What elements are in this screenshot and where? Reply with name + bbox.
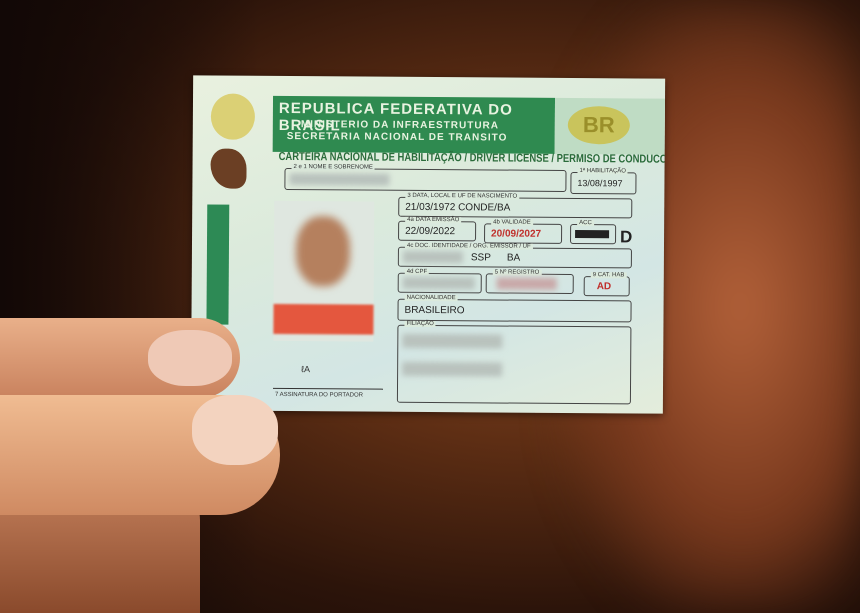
side-strip	[206, 204, 229, 324]
redacted-name	[289, 173, 389, 186]
redacted-cpf	[403, 277, 475, 290]
redacted-acc	[575, 230, 609, 238]
fingernail	[192, 395, 278, 465]
field-nationality: NACIONALIDADE BRASILEIRO	[397, 299, 631, 323]
drivers-license-card: REPUBLICA FEDERATIVA DO BRASIL MINISTERI…	[191, 75, 665, 413]
coat-of-arms-icon	[211, 93, 255, 139]
redacted-parent-2	[402, 362, 502, 377]
field-acc: ACC	[570, 224, 616, 244]
field-identity-doc: 4c DOC. IDENTIDADE / ORG. EMISSOR / UF S…	[398, 247, 632, 269]
field-cpf: 4d CPF	[398, 273, 482, 294]
ministry: MINISTERIO DA INFRAESTRUTURA	[301, 119, 499, 131]
field-name: 2 e 1 NOME E SOBRENOME	[284, 168, 566, 192]
signature-label: 7 ASSINATURA DO PORTADOR	[275, 392, 363, 399]
country-code: BR	[568, 106, 630, 144]
header-banner: REPUBLICA FEDERATIVA DO BRASIL MINISTERI…	[273, 96, 555, 154]
acc-category: D	[620, 227, 632, 247]
brazil-map-icon	[210, 148, 246, 188]
field-parents: FILIAÇÃO	[397, 325, 632, 405]
field-registration: 5 Nº REGISTRO	[486, 273, 574, 294]
field-birth: 3 DATA, LOCAL E UF DE NASCIMENTO 21/03/1…	[398, 197, 632, 219]
field-category: 9 CAT. HAB AD	[584, 276, 630, 296]
field-first-license: 1ª HABILITAÇÃO 13/08/1997	[570, 172, 636, 194]
redacted-id	[403, 251, 463, 263]
redacted-registration	[497, 277, 557, 289]
field-issue-date: 4a DATA EMISSÃO 22/09/2022	[398, 221, 476, 242]
redacted-parent-1	[402, 334, 502, 349]
fingernail	[148, 330, 232, 386]
signature-line	[273, 388, 383, 390]
signature: ℓA	[301, 364, 310, 374]
blurred-face	[296, 216, 350, 286]
secretariat: SECRETARIA NACIONAL DE TRANSITO	[287, 131, 508, 144]
field-validity: 4b VALIDADE 20/09/2027	[484, 223, 562, 244]
holder-shirt	[273, 304, 373, 335]
